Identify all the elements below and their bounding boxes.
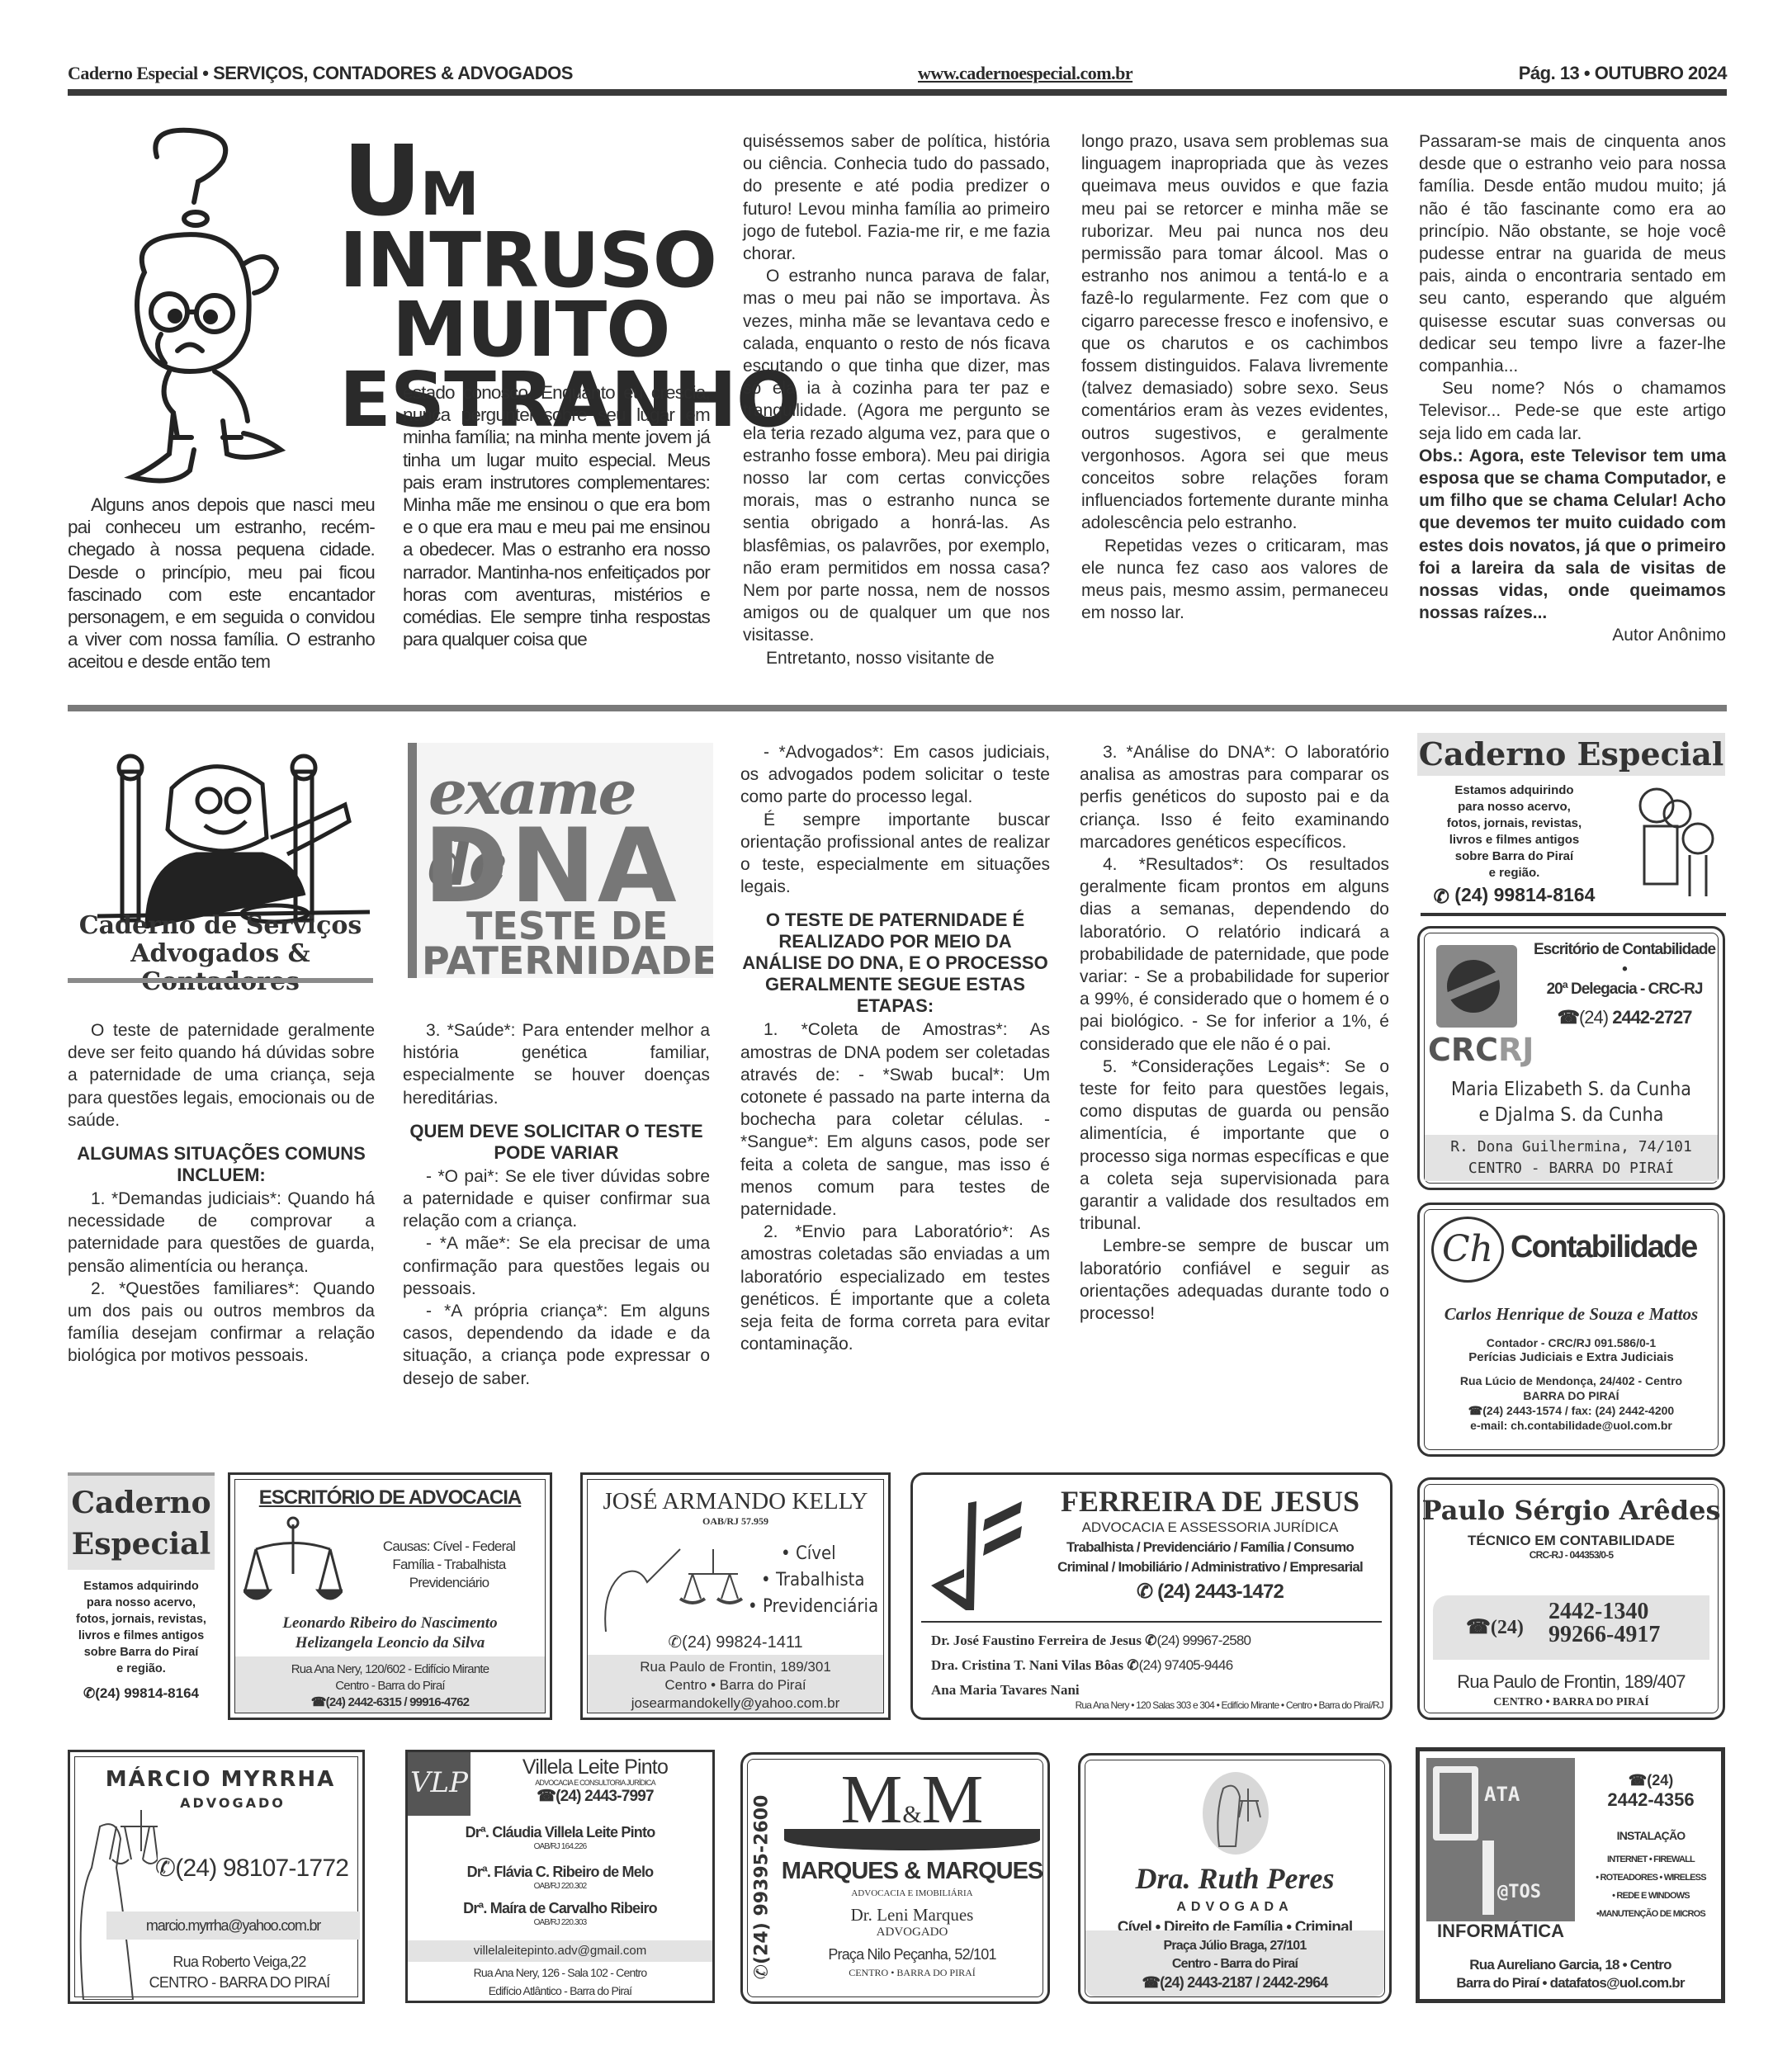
ch-addr2: BARRA DO PIRAÍ	[1420, 1388, 1723, 1403]
ruth-phone: ☎(24) 2443-2187 / 2442-2964	[1085, 1973, 1384, 1992]
paragraph: - *A mãe*: Se ela precisar de uma confir…	[403, 1232, 710, 1300]
ad-ch-contabilidade: Ch Contabilidade Carlos Henrique de Souz…	[1417, 1203, 1725, 1457]
vertical-phone-text: ✆(24) 99395-2600	[752, 1776, 773, 1999]
header-page-info: Pág. 13 • OUTUBRO 2024	[1519, 63, 1727, 84]
whatsapp-icon: ✆	[155, 1855, 175, 1882]
ad-body: Estamos adquirindo para nosso acervo, fo…	[68, 1578, 215, 1702]
lawyer-name: Drª. Maíra de Carvalho Ribeiro	[408, 1901, 712, 1916]
article1-col4: longo prazo, usava sem problemas sua lin…	[1081, 130, 1388, 624]
crcrj-line2: 20ª Delegacia - CRC-RJ	[1525, 980, 1723, 999]
paragraph: 2. *Envio para Laboratório*: As amostras…	[740, 1221, 1050, 1355]
ad-body: Estamos adquirindo para nosso acervo, fo…	[1417, 782, 1611, 905]
fj-lawyers: Dr. José Faustino Ferreira de Jesus ✆(24…	[931, 1628, 1251, 1703]
article1-col2: estado conosco. Enquanto eu crescia, nun…	[403, 381, 710, 650]
phone-icon: ☎	[1466, 1617, 1491, 1638]
datafatos-logo-icon: ATA @TOS	[1426, 1758, 1575, 1921]
fj-areas2: Criminal / Imobiliário / Administrativo …	[1028, 1557, 1392, 1577]
ruth-role: ADVOGADA	[1080, 1900, 1389, 1915]
ad-data-fatos: ATA @TOS INFORMÁTICA ☎(24) 2442-4356 INS…	[1416, 1747, 1725, 2003]
vlp-header: Villela Leite Pinto ADVOCACIA E CONSULTO…	[475, 1755, 715, 1806]
phone-number: 2442-2727	[1612, 1007, 1691, 1028]
phone-prefix: (24)	[1579, 1007, 1608, 1028]
subheading: ALGUMAS SITUAÇÕES COMUNS INCLUEM:	[68, 1143, 375, 1186]
phone-prefix: (24)	[1491, 1617, 1524, 1638]
article2-col2: 3. *Saúde*: Para entender melhor a histó…	[403, 1019, 710, 1390]
kelly-phone: ✆(24) 99824-1411	[583, 1632, 888, 1652]
paulo-addr2: CENTRO • BARRA DO PIRAÍ	[1420, 1696, 1723, 1709]
service-item: • REDE E WINDOWS	[1581, 1887, 1721, 1905]
causa-line: Família - Trabalhista	[354, 1556, 544, 1574]
addr-line: Rua Ana Nery, 126 - Sala 102 - Centro	[408, 1963, 712, 1982]
crcrj-addr2: CENTRO - BARRA DO PIRAÍ	[1425, 1158, 1718, 1179]
escritorio-names: Leonardo Ribeiro do Nascimento Helizange…	[230, 1614, 550, 1653]
logo-text-a: ATA	[1484, 1783, 1520, 1806]
ad-title: Caderno Especial	[68, 1472, 215, 1570]
ad-phone: ✆(24) 99814-8164	[68, 1685, 215, 1702]
ad-body-line: livros e filmes antigos	[1417, 832, 1611, 848]
vlp-email[interactable]: villelaleitepinto.adv@gmail.com	[408, 1940, 712, 1962]
lawyer-oab: OAB/RJ 220.303	[408, 1916, 712, 1930]
mm-addr2: CENTRO • BARRA DO PIRAÍ	[776, 1967, 1048, 1979]
escritorio-phone: ☎(24) 2442-6315 / 99916-4762	[235, 1694, 545, 1711]
crcrj-logo-text: CRCRJ	[1428, 1032, 1534, 1068]
ad-dra-ruth-peres: Dra. Ruth Peres ADVOGADA Cível • Direito…	[1078, 1753, 1392, 2004]
section-logo-rule	[68, 978, 373, 983]
addr-line: Rua Roberto Veiga,22	[120, 1952, 359, 1973]
ad-body-line: e região.	[68, 1661, 215, 1677]
causa-line: Causas: Cível - Federal	[354, 1538, 544, 1556]
ch-title: Contabilidade	[1511, 1230, 1696, 1265]
ruth-name: Dra. Ruth Peres	[1080, 1861, 1389, 1896]
lawyer-name: Drª. Flávia C. Ribeiro de Melo	[408, 1864, 712, 1879]
datafatos-address: Rua Aureliano Garcia, 18 • Centro Barra …	[1420, 1956, 1721, 1992]
lady-justice-medallion-icon	[1203, 1772, 1269, 1855]
fj-rule	[921, 1621, 1382, 1623]
paragraph: O estranho nunca parava de falar, mas o …	[743, 265, 1050, 646]
mm-title: MARQUES & MARQUES	[776, 1858, 1048, 1885]
crcrj-addr1: R. Dona Guilhermina, 74/101	[1425, 1136, 1718, 1158]
addr-line: Rua Paulo de Frontin, 189/301	[588, 1658, 883, 1676]
header-brand: Caderno Especial	[68, 63, 198, 83]
vlp-address: Rua Ana Nery, 126 - Sala 102 - Centro Ed…	[408, 1963, 712, 2000]
ruth-address: Praça Júlio Braga, 27/101 Centro - Barra…	[1085, 1930, 1384, 1996]
ad-body-line: para nosso acervo,	[68, 1595, 215, 1611]
mm-subtitle: ADVOCACIA E IMOBILIÁRIA	[776, 1888, 1048, 1898]
fj-areas1: Trabalhista / Previdenciário / Família /…	[1028, 1538, 1392, 1557]
phone-icon: ☎	[1468, 1404, 1482, 1417]
mm-role: ADVOGADO	[776, 1926, 1048, 1940]
ad-body-line: fotos, jornais, revistas,	[68, 1611, 215, 1628]
marcio-name: MÁRCIO MYRRHA	[70, 1767, 362, 1792]
paulo-phone-numbers: 2442-1340 99266-4917	[1548, 1600, 1660, 1647]
fj-lawyer-1: Dr. José Faustino Ferreira de Jesus ✆(24…	[931, 1628, 1251, 1653]
addr-line: Centro - Barra do Piraí	[235, 1678, 545, 1694]
scales-pans	[784, 1829, 1040, 1850]
paulo-phone-prefix: ☎(24)	[1466, 1615, 1524, 1639]
ch-email[interactable]: e-mail: ch.contabilidade@uol.com.br	[1420, 1418, 1723, 1433]
ad-marcio-myrrha: MÁRCIO MYRRHA ADVOGADO ✆(24) 98107-1772 …	[68, 1750, 365, 2004]
kelly-email[interactable]: josearmandokelly@yahoo.com.br	[588, 1694, 883, 1713]
whatsapp-icon: ✆	[1127, 1657, 1138, 1673]
lawyer-oab: OAB/RJ 220.302	[408, 1879, 712, 1894]
fj-address: Rua Ana Nery • 120 Salas 303 e 304 • Edi…	[1076, 1699, 1383, 1711]
section-logo-line1: Caderno de Serviços	[68, 912, 373, 940]
paragraph: 3. *Análise do DNA*: O laboratório anali…	[1080, 741, 1389, 853]
lawyer-name: Drª. Cláudia Villela Leite Pinto	[408, 1825, 712, 1840]
ch-phone: ☎(24) 2443-1574 / fax: (24) 2442-4200	[1420, 1403, 1723, 1418]
section-logo-title: Caderno de Serviços Advogados & Contador…	[68, 912, 373, 996]
escritorio-address: Rua Ana Nery, 120/602 - Edifício Mirante…	[235, 1656, 545, 1713]
paulo-crc: CRC-RJ - 044353/0-5	[1420, 1549, 1723, 1561]
paragraph: 4. *Resultados*: Os resultados geralment…	[1080, 853, 1389, 1056]
logo-f-stem	[1482, 1841, 1494, 1915]
header-section-title: • SERVIÇOS, CONTADORES & ADVOGADOS	[202, 63, 573, 83]
lawyer-phone: (24) 97405-9446	[1139, 1657, 1233, 1673]
paulo-role: TÉCNICO EM CONTABILIDADE	[1420, 1533, 1723, 1549]
ch-phone-text: (24) 2443-1574 / fax: (24) 2442-4200	[1482, 1404, 1674, 1417]
service-item: • ROTEADORES • WIRELESS	[1581, 1869, 1721, 1887]
crcrj-logo-icon	[1436, 945, 1517, 1028]
fj-logo-icon	[923, 1495, 1022, 1614]
ad-body-line: Estamos adquirindo	[1417, 782, 1611, 799]
paulo-name: Paulo Sérgio Arêdes	[1420, 1495, 1723, 1526]
crcrj-headline: Escritório de Contabilidade • 20ª Delega…	[1525, 940, 1723, 1028]
crcrj-logo-a: CRC	[1428, 1032, 1498, 1068]
vlp-logo-icon: VLP	[408, 1750, 470, 1816]
whatsapp-icon: ✆	[752, 1964, 773, 1979]
paragraph: 1. *Coleta de Amostras*: As amostras de …	[740, 1018, 1050, 1221]
ad-phone: ✆ (24) 99814-8164	[1417, 886, 1611, 905]
fj-phone: ✆ (24) 2443-1472	[1028, 1577, 1392, 1607]
phone-number: (24) 2443-2187 / 2442-2964	[1160, 1974, 1327, 1991]
paulo-addr1: Rua Paulo de Frontin, 189/407	[1420, 1671, 1723, 1693]
addr-line: Rua Aureliano Garcia, 18 • Centro	[1420, 1956, 1721, 1974]
phone-icon: ☎	[1142, 1974, 1161, 1991]
phone-number: 99266-4917	[1548, 1623, 1660, 1647]
ad-body-line: sobre Barra do Piraí	[1417, 848, 1611, 865]
mm-addr1: Praça Nilo Peçanha, 52/101	[776, 1946, 1048, 1963]
phone-number: (24) 99824-1411	[682, 1633, 802, 1652]
ch-details: Contador - CRC/RJ 091.586/0-1 Perícias J…	[1420, 1335, 1723, 1433]
article1-col3: quiséssemos saber de política, história …	[743, 130, 1050, 669]
paragraph: O teste de paternidade geralmente deve s…	[68, 1019, 375, 1132]
ch-line1: Contador - CRC/RJ 091.586/0-1	[1420, 1335, 1723, 1350]
paulo-phones: ☎(24) 2442-1340 99266-4917	[1433, 1595, 1709, 1660]
crcrj-phone: ☎(24) 2442-2727	[1525, 1008, 1723, 1028]
kelly-oab: OAB/RJ 57.959	[583, 1515, 888, 1528]
lawyer-name: Dr. José Faustino Ferreira de Jesus	[931, 1633, 1142, 1648]
fj-subtitle: ADVOCACIA E ASSESSORIA JURÍDICA	[1028, 1518, 1392, 1538]
fj-header: FERREIRA DE JESUS ADVOCACIA E ASSESSORIA…	[1028, 1485, 1392, 1607]
paragraph: - *A própria criança*: Em alguns casos, …	[403, 1300, 710, 1390]
crcrj-line1: Escritório de Contabilidade	[1525, 940, 1723, 960]
ad-caderno-especial-left: Caderno Especial Estamos adquirindo para…	[68, 1472, 215, 1720]
datafatos-label: INFORMÁTICA	[1426, 1921, 1575, 1942]
phone-number: (24) 98107-1772	[175, 1855, 348, 1882]
paragraph: Alguns anos depois que nasci meu pai con…	[68, 494, 375, 673]
addr-line: Barra do Piraí • datafatos@uol.com.br	[1420, 1974, 1721, 1992]
judge-cartoon-icon	[97, 739, 370, 933]
vlp-name: Villela Leite Pinto	[475, 1755, 715, 1779]
ad-marques-marques: ✆(24) 99395-2600 M&M MARQUES & MARQUES A…	[740, 1752, 1050, 2004]
ad-body-line: fotos, jornais, revistas,	[1417, 815, 1611, 832]
ad-jose-armando-kelly: JOSÉ ARMANDO KELLY OAB/RJ 57.959 • Cível…	[580, 1472, 891, 1720]
ad-crcrj: CRCRJ Escritório de Contabilidade • 20ª …	[1417, 926, 1725, 1190]
paragraph: É sempre importante buscar orientação pr…	[740, 809, 1050, 899]
paragraph: Passaram-se mais de cinquenta anos desde…	[1419, 130, 1726, 377]
whatsapp-icon: ✆	[1137, 1581, 1152, 1603]
lady-justice-icon	[598, 1541, 746, 1632]
escritorio-title: ESCRITÓRIO DE ADVOCACIA	[230, 1486, 550, 1510]
section-divider	[68, 705, 1727, 711]
mm-logo-icon: M&M	[784, 1763, 1040, 1854]
logo-letter: M	[841, 1761, 903, 1838]
phone-icon: ☎	[537, 1788, 556, 1805]
phone-number: (24) 2443-1472	[1157, 1581, 1284, 1603]
page-header: Caderno Especial • SERVIÇOS, CONTADORES …	[68, 63, 1727, 87]
article1-col1: Alguns anos depois que nasci meu pai con…	[68, 494, 375, 673]
addr-line: Centro • Barra do Piraí	[588, 1676, 883, 1694]
paragraph: Lembre-se sempre de buscar um laboratóri…	[1080, 1235, 1389, 1325]
crcrj-name1: Maria Elizabeth S. da Cunha	[1420, 1077, 1723, 1103]
marcio-phone: ✆(24) 98107-1772	[144, 1854, 359, 1883]
paragraph: estado conosco. Enquanto eu crescia, nun…	[403, 381, 710, 650]
datafatos-services: INTERNET • FIREWALL • ROTEADORES • WIREL…	[1581, 1850, 1721, 1923]
ad-body-line: Estamos adquirindo	[68, 1578, 215, 1595]
datafatos-info: ☎(24) 2442-4356 INSTALAÇÃO INTERNET • FI…	[1581, 1772, 1721, 1923]
crcrj-bullet: •	[1525, 960, 1723, 980]
paragraph: 1. *Demandas judiciais*: Quando há neces…	[68, 1188, 375, 1278]
causa-line: Previdenciário	[354, 1574, 544, 1592]
lawyer-name: Helizangela Leoncio da Silva	[230, 1633, 550, 1653]
whatsapp-icon: ✆	[83, 1685, 95, 1701]
paragraph: - *O pai*: Se ele tiver dúvidas sobre a …	[403, 1165, 710, 1233]
crcrj-address: R. Dona Guilhermina, 74/101 CENTRO - BAR…	[1425, 1135, 1718, 1181]
phone-number: 2442-1340	[1548, 1600, 1660, 1623]
vlp-phone: ☎(24) 2443-7997	[475, 1787, 715, 1806]
phone-number: (24) 2443-7997	[556, 1788, 654, 1805]
whatsapp-icon: ✆	[1434, 888, 1449, 905]
header-website-link[interactable]: www.cadernoespecial.com.br	[918, 63, 1132, 84]
ad-caderno-especial-top: Caderno Especial Estamos adquirindo para…	[1417, 733, 1725, 916]
area-item: • Cível	[748, 1541, 878, 1567]
crcrj-logo-b: RJ	[1498, 1032, 1534, 1068]
logo-amp: &	[902, 1801, 921, 1828]
marques-vertical-phone: ✆(24) 99395-2600	[748, 1779, 776, 2002]
vlp-lawyers: Drª. Cláudia Villela Leite Pinto OAB/RJ …	[408, 1825, 712, 1930]
phone-icon: ☎	[311, 1695, 326, 1709]
ad-villela-leite-pinto: VLP Villela Leite Pinto ADVOCACIA E CONS…	[405, 1750, 715, 2003]
ch-logo-icon: Ch	[1431, 1217, 1504, 1283]
marcio-address: Rua Roberto Veiga,22 CENTRO - BARRA DO P…	[120, 1952, 359, 1993]
article2-col3: - *Advogados*: Em casos judiciais, os ad…	[740, 741, 1050, 1355]
mm-text: MARQUES & MARQUES ADVOCACIA E IMOBILIÁRI…	[776, 1858, 1048, 1979]
addr-line: Rua Ana Nery, 120/602 - Edifício Mirante	[235, 1661, 545, 1678]
phone-number: 2442-4356	[1581, 1789, 1721, 1811]
marcio-email[interactable]: marcio.myrrha@yahoo.com.br	[106, 1911, 360, 1940]
kelly-address: Rua Paulo de Frontin, 189/301 Centro • B…	[588, 1655, 883, 1713]
phone-prefix: (24)	[1647, 1772, 1673, 1789]
ad-rule	[1421, 913, 1726, 916]
article2-col1: O teste de paternidade geralmente deve s…	[68, 1019, 375, 1368]
article2-col4: 3. *Análise do DNA*: O laboratório anali…	[1080, 741, 1389, 1325]
header-rule	[68, 89, 1727, 96]
datafatos-phone-prefix: ☎(24)	[1581, 1772, 1721, 1789]
paragraph: - *Advogados*: Em casos judiciais, os ad…	[740, 741, 1050, 809]
whatsapp-icon: ✆	[668, 1633, 682, 1652]
paragraph: 2. *Questões familiares*: Quando um dos …	[68, 1278, 375, 1368]
ad-body-line: sobre Barra do Piraí	[68, 1644, 215, 1661]
crcrj-name2: e Djalma S. da Cunha	[1420, 1103, 1723, 1128]
article1-col5: Passaram-se mais de cinquenta anos desde…	[1419, 130, 1726, 647]
addr-line: Praça Júlio Braga, 27/101	[1085, 1937, 1384, 1955]
subheading: O TESTE DE PATERNIDADE É REALIZADO POR M…	[740, 910, 1050, 1017]
confused-boy-cartoon-icon	[99, 124, 338, 491]
phone-icon: ☎	[1558, 1007, 1579, 1028]
addr-line: Centro - Barra do Piraí	[1085, 1955, 1384, 1973]
escritorio-causas: Causas: Cível - Federal Família - Trabal…	[354, 1538, 544, 1592]
ch-addr1: Rua Lúcio de Mendonça, 24/402 - Centro	[1420, 1373, 1723, 1388]
header-section: Caderno Especial • SERVIÇOS, CONTADORES …	[68, 63, 573, 84]
ad-title-line2: Especial	[68, 1524, 215, 1565]
phone-number: (24) 2442-6315 / 99916-4762	[326, 1695, 470, 1709]
scales-of-justice-icon	[244, 1516, 343, 1607]
paragraph: 3. *Saúde*: Para entender melhor a histó…	[403, 1019, 710, 1109]
newspaper-page: Caderno Especial • SERVIÇOS, CONTADORES …	[0, 0, 1792, 2065]
logo-letter: M	[922, 1761, 984, 1838]
logo-d-shape	[1433, 1766, 1478, 1841]
whatsapp-icon: ✆	[1145, 1633, 1156, 1648]
vlp-subtitle: ADVOCACIA E CONSULTORIA JURÍDICA	[475, 1779, 715, 1787]
fj-lawyer-2: Dra. Cristina T. Nani Vilas Bôas ✆(24) 9…	[931, 1653, 1251, 1678]
service-item: INTERNET • FIREWALL	[1581, 1850, 1721, 1869]
ch-name: Carlos Henrique de Souza e Mattos	[1420, 1304, 1723, 1325]
subheading: QUEM DEVE SOLICITAR O TESTE PODE VARIAR	[403, 1121, 710, 1164]
service-item: •MANUTENÇÃO DE MICROS	[1581, 1905, 1721, 1923]
paragraph: Repetidas vezes o criticaram, mas ele nu…	[1081, 535, 1388, 625]
fj-title: FERREIRA DE JESUS	[1028, 1485, 1392, 1518]
paragraph: Seu nome? Nós o chamamos Televisor... Pe…	[1419, 377, 1726, 445]
dna-banner: exame de DNA TESTE DE PATERNIDADE	[408, 743, 713, 978]
author: Autor Anônimo	[1419, 624, 1726, 646]
lawyer-oab: OAB/RJ 164.226	[408, 1840, 712, 1855]
mm-lawyer-name: Dr. Leni Marques	[776, 1905, 1048, 1926]
ad-paulo-sergio-aredes: Paulo Sérgio Arêdes TÉCNICO EM CONTABILI…	[1417, 1477, 1725, 1720]
addr-line: CENTRO - BARRA DO PIRAÍ	[120, 1973, 359, 1993]
logo-text-b: @TOS	[1497, 1882, 1541, 1902]
datafatos-heading: INSTALAÇÃO	[1581, 1829, 1721, 1842]
lawyer-phone: (24) 99967-2580	[1156, 1633, 1251, 1648]
section-logo-line2: Advogados & Contadores	[68, 940, 373, 996]
ad-escritorio-advocacia: ESCRITÓRIO DE ADVOCACIA Causas: Cível - …	[228, 1472, 552, 1720]
ad-body-line: para nosso acervo,	[1417, 799, 1611, 815]
area-item: • Previdenciária	[748, 1594, 878, 1620]
paragraph: longo prazo, usava sem problemas sua lin…	[1081, 130, 1388, 535]
kelly-areas: • Cível • Trabalhista • Previdenciária	[748, 1541, 878, 1620]
film-projector-cartoon-icon	[1619, 781, 1723, 905]
paragraph: Entretanto, nosso visitante de	[743, 647, 1050, 669]
ad-body-line: livros e filmes antigos	[68, 1628, 215, 1644]
ad-title: Caderno Especial	[1417, 733, 1725, 776]
ad-phone-number: (24) 99814-8164	[95, 1685, 199, 1701]
kelly-name: JOSÉ ARMANDO KELLY	[583, 1488, 888, 1515]
ad-body-line: e região.	[1417, 865, 1611, 881]
ad-title-line1: Caderno	[68, 1482, 215, 1524]
ch-line2: Perícias Judiciais e Extra Judiciais	[1420, 1350, 1723, 1365]
phone-icon: ☎	[1629, 1772, 1647, 1789]
obs-paragraph: Obs.: Agora, este Televisor tem uma espo…	[1419, 445, 1726, 625]
paragraph: quiséssemos saber de política, história …	[743, 130, 1050, 265]
paragraph: 5. *Considerações Legais*: Se o teste fo…	[1080, 1056, 1389, 1236]
addr-line: Edifício Atlântico - Barra do Piraí	[408, 1982, 712, 2000]
area-item: • Trabalhista	[748, 1567, 878, 1594]
phone-number: (24) 99395-2600	[752, 1795, 773, 1964]
ad-ferreira-de-jesus: FERREIRA DE JESUS ADVOCACIA E ASSESSORIA…	[910, 1472, 1392, 1720]
lawyer-name: Leonardo Ribeiro do Nascimento	[230, 1614, 550, 1633]
lawyer-name: Dra. Cristina T. Nani Vilas Bôas	[931, 1657, 1123, 1673]
ad-phone-number: (24) 99814-8164	[1454, 884, 1595, 905]
dna-banner-line2: PATERNIDADE	[422, 938, 713, 978]
